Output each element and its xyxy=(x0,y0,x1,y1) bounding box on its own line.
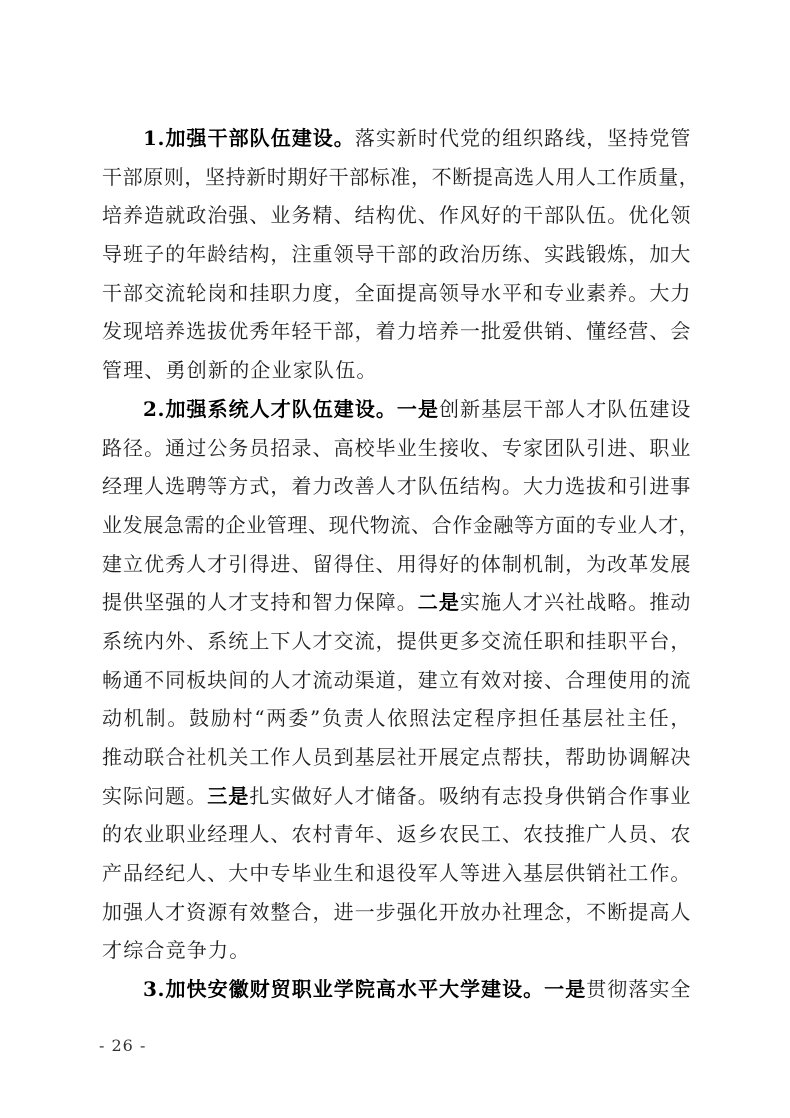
body-text-run: 系统内外、系统上下人才交流，提供更多交流任职和挂职平台， xyxy=(102,629,691,653)
paragraph-cadre-team: 1.加强干部队伍建设。落实新时代党的组织路线，坚持党管干部原则，坚持新时期好干部… xyxy=(102,119,691,390)
text-line: 才综合竞争力。 xyxy=(102,931,691,970)
paragraph-college-construction: 3.加快安徽财贸职业学院高水平大学建设。一是贯彻落实全 xyxy=(102,970,691,1009)
document-page: 1.加强干部队伍建设。落实新时代党的组织路线，坚持党管干部原则，坚持新时期好干部… xyxy=(0,0,790,1118)
text-line: 提供坚强的人才支持和智力保障。二是实施人才兴社战略。推动 xyxy=(102,583,691,622)
text-line: 管理、勇创新的企业家队伍。 xyxy=(102,351,691,390)
body-text-run: 落实新时代党的组织路线，坚持党管 xyxy=(355,126,691,150)
body-text-run: 动机制。鼓励村“两委”负责人依照法定程序担任基层社主任， xyxy=(102,706,691,730)
paragraph-talent-team: 2.加强系统人才队伍建设。一是创新基层干部人才队伍建设路径。通过公务员招录、高校… xyxy=(102,390,691,970)
body-text-run: 提供坚强的人才支持和智力保障。 xyxy=(102,590,418,614)
body-text-run: 路径。通过公务员招录、高校毕业生接收、专家团队引进、职业 xyxy=(102,436,691,460)
text-line: 动机制。鼓励村“两委”负责人依照法定程序担任基层社主任， xyxy=(102,699,691,738)
text-line: 的农业职业经理人、农村青年、返乡农民工、农技推广人员、农 xyxy=(102,815,691,854)
body-text-run: 才综合竞争力。 xyxy=(102,938,250,962)
page-number: - 26 - xyxy=(99,1036,146,1055)
body-text: 1.加强干部队伍建设。落实新时代党的组织路线，坚持党管干部原则，坚持新时期好干部… xyxy=(102,119,691,1009)
bold-heading-text: 三是 xyxy=(207,784,249,808)
text-line: 建立优秀人才引得进、留得住、用得好的体制机制，为改革发展 xyxy=(102,545,691,584)
text-line: 3.加快安徽财贸职业学院高水平大学建设。一是贯彻落实全 xyxy=(102,970,691,1009)
text-line: 加强人才资源有效整合，进一步强化开放办社理念，不断提高人 xyxy=(102,893,691,932)
text-line: 培养造就政治强、业务精、结构优、作风好的干部队伍。优化领 xyxy=(102,196,691,235)
text-line: 1.加强干部队伍建设。落实新时代党的组织路线，坚持党管 xyxy=(102,119,691,158)
body-text-run: 扎实做好人才储备。吸纳有志投身供销合作事业 xyxy=(249,784,691,808)
text-line: 干部交流轮岗和挂职力度，全面提高领导水平和专业素养。大力 xyxy=(102,274,691,313)
body-text-run: 推动联合社机关工作人员到基层社开展定点帮扶，帮助协调解决 xyxy=(102,745,691,769)
body-text-run: 实施人才兴社战略。推动 xyxy=(460,590,691,614)
body-text-run: 畅通不同板块间的人才流动渠道，建立有效对接、合理使用的流 xyxy=(102,668,691,692)
text-line: 畅通不同板块间的人才流动渠道，建立有效对接、合理使用的流 xyxy=(102,661,691,700)
body-text-run: 干部交流轮岗和挂职力度，全面提高领导水平和专业素养。大力 xyxy=(102,281,691,305)
body-text-run: 建立优秀人才引得进、留得住、用得好的体制机制，为改革发展 xyxy=(102,552,691,576)
body-text-run: 实际问题。 xyxy=(102,784,207,808)
body-text-run: 加强人才资源有效整合，进一步强化开放办社理念，不断提高人 xyxy=(102,900,691,924)
text-line: 实际问题。三是扎实做好人才储备。吸纳有志投身供销合作事业 xyxy=(102,777,691,816)
body-text-run: 干部原则，坚持新时期好干部标准，不断提高选人用人工作质量， xyxy=(102,165,699,189)
text-line: 业发展急需的企业管理、现代物流、合作金融等方面的专业人才， xyxy=(102,506,691,545)
text-line: 推动联合社机关工作人员到基层社开展定点帮扶，帮助协调解决 xyxy=(102,738,691,777)
body-text-run: 管理、勇创新的企业家队伍。 xyxy=(102,358,378,382)
text-line: 系统内外、系统上下人才交流，提供更多交流任职和挂职平台， xyxy=(102,622,691,661)
body-text-run: 创新基层干部人才队伍建设 xyxy=(439,397,691,421)
bold-heading-text: 3.加快安徽财贸职业学院高水平大学建设。一是 xyxy=(143,977,586,1001)
bold-heading-text: 2.加强系统人才队伍建设。一是 xyxy=(143,397,439,421)
text-line: 发现培养选拔优秀年轻干部，着力培养一批爱供销、懂经营、会 xyxy=(102,312,691,351)
body-text-run: 的农业职业经理人、农村青年、返乡农民工、农技推广人员、农 xyxy=(102,822,691,846)
bold-heading-text: 1.加强干部队伍建设。 xyxy=(143,126,355,150)
text-line: 2.加强系统人才队伍建设。一是创新基层干部人才队伍建设 xyxy=(102,390,691,429)
bold-heading-text: 二是 xyxy=(418,590,460,614)
body-text-run: 业发展急需的企业管理、现代物流、合作金融等方面的专业人才， xyxy=(102,513,699,537)
text-line: 经理人选聘等方式，着力改善人才队伍结构。大力选拔和引进事 xyxy=(102,467,691,506)
text-line: 导班子的年龄结构，注重领导干部的政治历练、实践锻炼，加大 xyxy=(102,235,691,274)
text-line: 路径。通过公务员招录、高校毕业生接收、专家团队引进、职业 xyxy=(102,429,691,468)
body-text-run: 经理人选聘等方式，着力改善人才队伍结构。大力选拔和引进事 xyxy=(102,474,691,498)
text-line: 干部原则，坚持新时期好干部标准，不断提高选人用人工作质量， xyxy=(102,158,691,197)
body-text-run: 贯彻落实全 xyxy=(586,977,691,1001)
body-text-run: 发现培养选拔优秀年轻干部，着力培养一批爱供销、懂经营、会 xyxy=(102,319,691,343)
body-text-run: 产品经纪人、大中专毕业生和退役军人等进入基层供销社工作。 xyxy=(102,861,691,885)
text-line: 产品经纪人、大中专毕业生和退役军人等进入基层供销社工作。 xyxy=(102,854,691,893)
body-text-run: 导班子的年龄结构，注重领导干部的政治历练、实践锻炼，加大 xyxy=(102,242,691,266)
body-text-run: 培养造就政治强、业务精、结构优、作风好的干部队伍。优化领 xyxy=(102,203,691,227)
